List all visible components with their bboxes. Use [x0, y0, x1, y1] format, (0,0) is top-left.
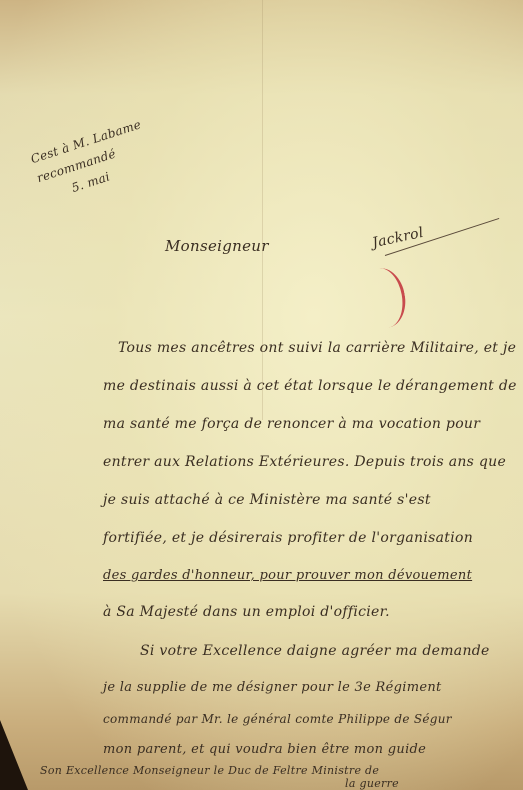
letter-paper: Cest à M. Labame recommandé 5. mai Monse… — [0, 0, 523, 790]
addressee-line-2: la guerre — [345, 777, 399, 790]
body-line: fortifiée, et je désirerais profiter de … — [103, 530, 473, 546]
red-stamp-mark — [357, 265, 410, 332]
body-line: me destinais aussi à cet état lorsque le… — [103, 378, 517, 394]
body-line: Tous mes ancêtres ont suivi la carrière … — [118, 340, 516, 356]
body-line: mon parent, et qui voudra bien être mon … — [103, 742, 426, 757]
body-line: Si votre Excellence daigne agréer ma dem… — [140, 643, 490, 659]
torn-corner — [0, 720, 28, 790]
body-line: à Sa Majesté dans un emploi d'officier. — [103, 604, 390, 620]
body-line: je la supplie de me désigner pour le 3e … — [103, 680, 442, 695]
top-signature: Jackrol — [371, 225, 425, 251]
body-line: des gardes d'honneur, pour prouver mon d… — [103, 568, 472, 583]
body-line: commandé par Mr. le général comte Philip… — [103, 712, 452, 726]
body-line: je suis attaché à ce Ministère ma santé … — [103, 492, 431, 508]
salutation: Monseigneur — [165, 237, 269, 255]
margin-note: Cest à M. Labame recommandé 5. mai — [28, 114, 156, 207]
body-line: ma santé me força de renoncer à ma vocat… — [103, 416, 480, 432]
body-line: entrer aux Relations Extérieures. Depuis… — [103, 454, 506, 470]
addressee-line-1: Son Excellence Monseigneur le Duc de Fel… — [40, 764, 379, 777]
